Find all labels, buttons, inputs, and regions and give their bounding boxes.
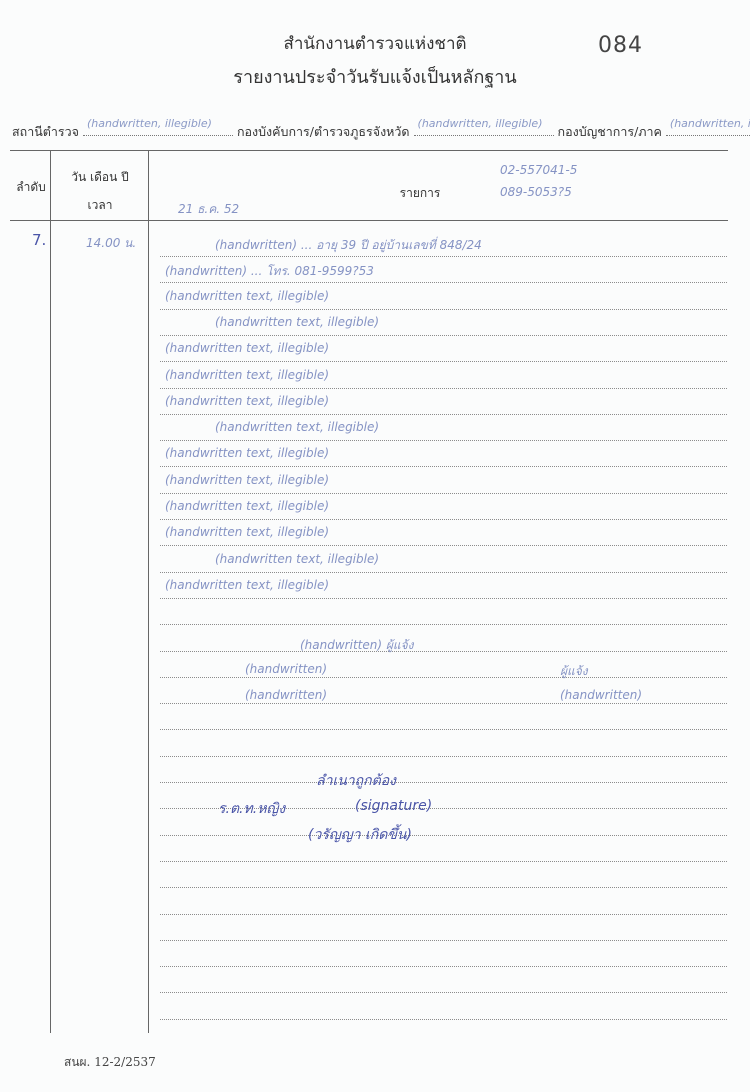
ruled-line <box>160 545 727 546</box>
station-field[interactable]: (handwritten, illegible) <box>83 125 233 136</box>
entry-seq: 7. <box>32 231 46 249</box>
entry-line: (handwritten text, illegible) <box>165 394 329 408</box>
officer-rank: ร.ต.ท.หญิง <box>218 798 285 820</box>
entry-line: (handwritten text, illegible) <box>165 499 329 513</box>
entry-line: (handwritten text, illegible) <box>215 315 379 329</box>
ruled-line <box>160 519 727 520</box>
phone-note-1: 02-557041-5 <box>500 163 577 177</box>
entry-line: (handwritten text, illegible) <box>165 446 329 460</box>
division-label: กองบังคับการ/ตำรวจภูธรจังหวัด <box>237 124 410 139</box>
phone-note-2: 089-5053?5 <box>500 185 572 199</box>
ruled-line <box>160 598 727 599</box>
meta-fields: สถานีตำรวจ (handwritten, illegible) กองบ… <box>12 122 750 142</box>
column-divider-seq <box>50 150 51 1033</box>
entry-line: (handwritten text, illegible) <box>165 525 329 539</box>
ruled-line <box>160 992 727 993</box>
ruled-line <box>160 966 727 967</box>
column-header-seq: ลำดับ <box>12 178 50 197</box>
ruled-line <box>160 282 727 283</box>
command-label: กองบัญชาการ/ภาค <box>558 124 662 139</box>
officer-name: (วรัญญา เกิดขึ้น) <box>308 824 412 846</box>
ruled-line <box>160 756 727 757</box>
column-header-date: วัน เดือน ปี <box>52 168 148 187</box>
form-code: สนผ. 12-2/2537 <box>64 1053 156 1072</box>
column-divider-date <box>148 150 149 1033</box>
ruled-line <box>160 782 727 783</box>
command-field[interactable]: (handwritten, illegible) <box>666 125 750 136</box>
sig-line1-left: (handwritten) <box>245 662 327 676</box>
ruled-line <box>160 572 727 573</box>
entry-line: (handwritten) ... โทร. 081-9599?53 <box>165 262 374 281</box>
document-number: 084 <box>598 33 643 58</box>
ruled-line <box>160 624 727 625</box>
entry-line: (handwritten text, illegible) <box>215 420 379 434</box>
station-label: สถานีตำรวจ <box>12 124 79 139</box>
officer-title: ลำเนาถูกต้อง <box>316 770 396 792</box>
entry-line: (handwritten) ... อายุ 39 ปี อยู่บ้านเลข… <box>215 236 482 255</box>
division-field[interactable]: (handwritten, illegible) <box>414 125 554 136</box>
entry-line: (handwritten text, illegible) <box>165 368 329 382</box>
ruled-line <box>160 887 727 888</box>
column-header-time: เวลา <box>52 196 148 215</box>
ruled-line <box>160 729 727 730</box>
ruled-line <box>160 677 727 678</box>
entry-line: (handwritten text, illegible) <box>165 289 329 303</box>
command-value: (handwritten, illegible) <box>670 117 750 130</box>
ruled-line <box>160 361 727 362</box>
officer-signature: (signature) <box>355 798 432 814</box>
ruled-line <box>160 914 727 915</box>
ruled-line <box>160 835 727 836</box>
date-note: 21 ธ.ค. 52 <box>178 200 239 219</box>
table-top-border <box>10 150 728 151</box>
sig-line2-right: (handwritten) <box>560 688 642 702</box>
ruled-line <box>160 256 727 257</box>
ruled-line <box>160 940 727 941</box>
ruled-line <box>160 493 727 494</box>
entry-line: (handwritten text, illegible) <box>165 341 329 355</box>
ruled-line <box>160 466 727 467</box>
entry-line: (handwritten text, illegible) <box>165 473 329 487</box>
ruled-line <box>160 1019 727 1020</box>
sig-line1-right: ผู้แจ้ง <box>560 662 588 681</box>
sig-line2-left: (handwritten) <box>245 688 327 702</box>
ruled-line <box>160 309 727 310</box>
ruled-line <box>160 861 727 862</box>
ruled-line <box>160 335 727 336</box>
ruled-line <box>160 414 727 415</box>
ruled-line <box>160 440 727 441</box>
column-header-details: รายการ <box>390 184 450 203</box>
sig-block-title: (handwritten) ผู้แจ้ง <box>300 636 414 655</box>
division-value: (handwritten, illegible) <box>418 117 543 130</box>
ruled-line <box>160 388 727 389</box>
entry-line: (handwritten text, illegible) <box>165 578 329 592</box>
ruled-line <box>160 703 727 704</box>
station-value: (handwritten, illegible) <box>87 117 212 130</box>
entry-time: 14.00 น. <box>86 234 136 253</box>
entry-line: (handwritten text, illegible) <box>215 552 379 566</box>
table-header-border <box>10 220 728 221</box>
ruled-line <box>160 651 727 652</box>
report-title: รายงานประจำวันรับแจ้งเป็นหลักฐาน <box>0 62 750 91</box>
